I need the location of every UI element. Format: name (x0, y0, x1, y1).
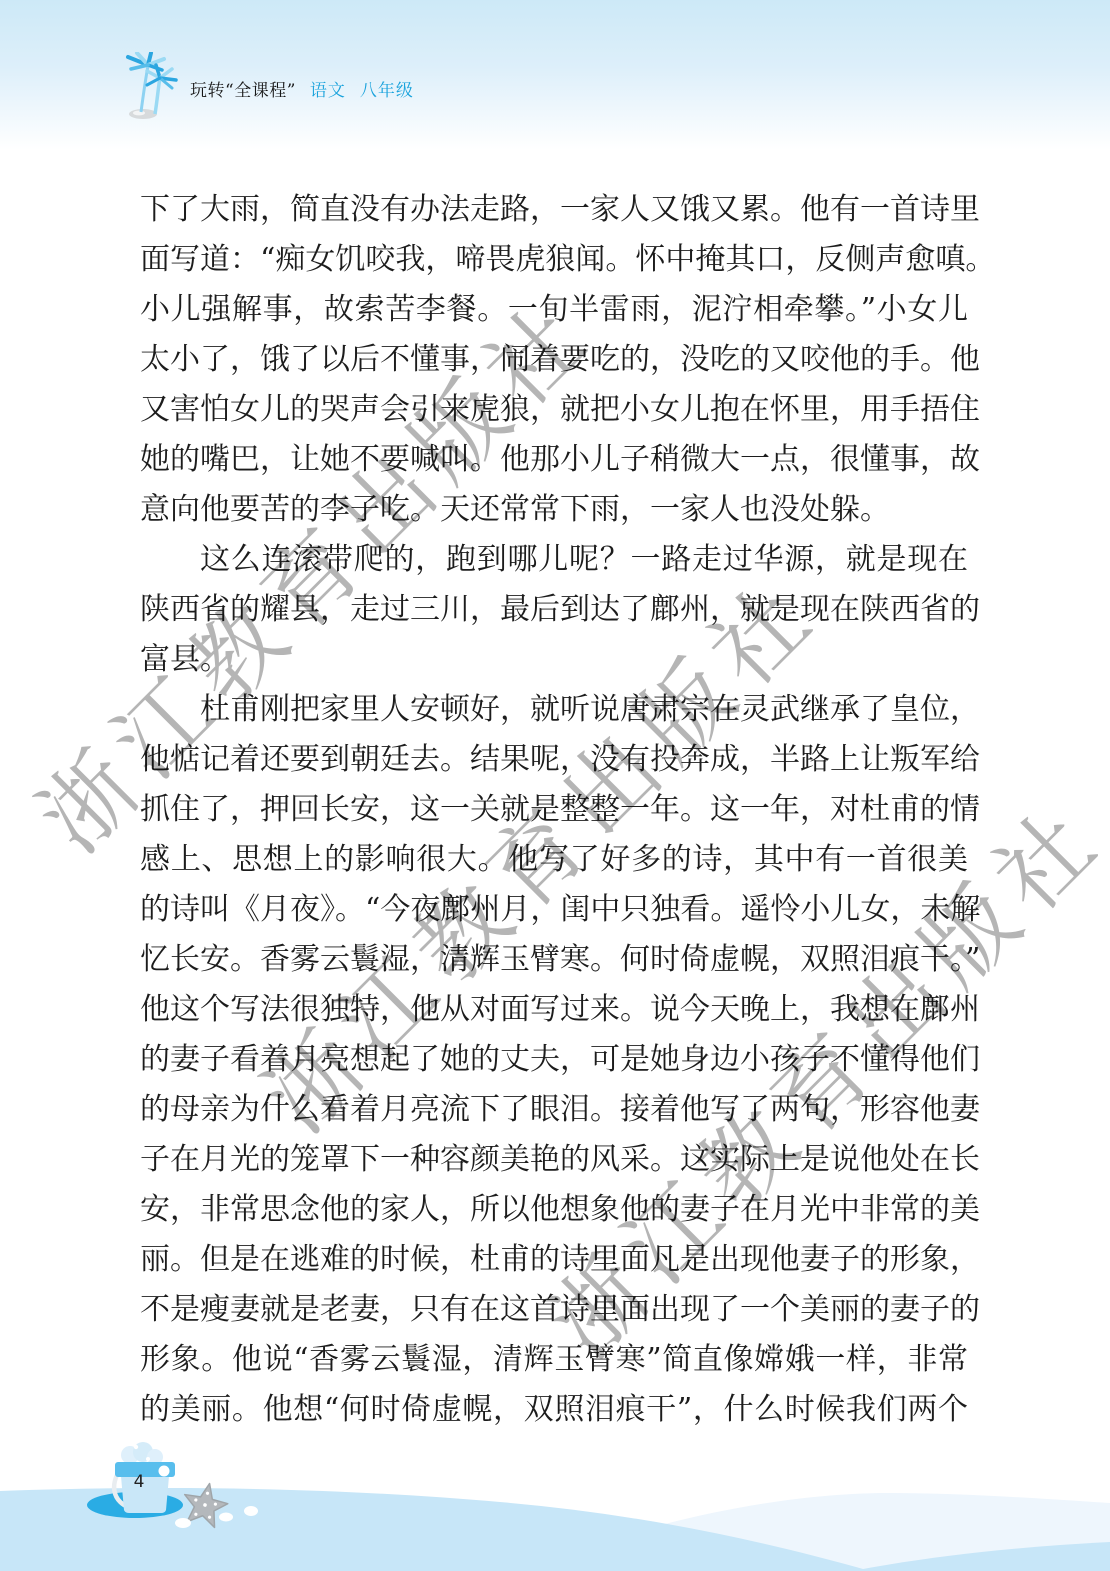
body-line: 感上、思想上的影响很大。他写了好多的诗，其中有一首很美 (140, 835, 968, 885)
body-line: 的母亲为什么看着月亮流下了眼泪。接着他写了两句，形容他妻 (140, 1085, 968, 1135)
body-line: 的诗叫《月夜》。“今夜鄜州月，闺中只独看。遥怜小儿女，未解 (140, 885, 968, 935)
body-line: 丽。但是在逃难的时候，杜甫的诗里面凡是出现他妻子的形象， (140, 1235, 968, 1285)
body-line: 又害怕女儿的哭声会引来虎狼，就把小女儿抱在怀里，用手捂住 (140, 385, 968, 435)
series-title: 玩转“全课程” (190, 76, 296, 101)
body-line: 面写道：“痴女饥咬我，啼畏虎狼闻。怀中掩其口，反侧声愈嗔。 (140, 235, 968, 285)
body-line: 子在月光的笼罩下一种容颜美艳的风采。这实际上是说他处在长 (140, 1135, 968, 1185)
grade-label: 八年级 (360, 76, 414, 101)
sand-bucket-scene (80, 1435, 280, 1545)
body-line: 下了大雨，简直没有办法走路，一家人又饿又累。他有一首诗里 (140, 185, 968, 235)
body-line: 形象。他说“香雾云鬟湿，清辉玉臂寒”简直像嫦娥一样，非常 (140, 1335, 968, 1385)
header-titles: 玩转“全课程” 语文 八年级 (190, 76, 414, 101)
subject-label: 语文 (310, 76, 346, 101)
palm-trees-logo-icon (120, 52, 182, 120)
body-line: 意向他要苦的李子吃。天还常常下雨，一家人也没处躲。 (140, 485, 968, 535)
body-line: 杜甫刚把家里人安顿好，就听说唐肃宗在灵武继承了皇位， (140, 685, 968, 735)
body-line: 忆长安。香雾云鬟湿，清辉玉臂寒。何时倚虚幌，双照泪痕干。” (140, 935, 968, 985)
body-line: 他惦记着还要到朝廷去。结果呢，没有投奔成，半路上让叛军给 (140, 735, 968, 785)
page-number: 4 (128, 1472, 150, 1492)
body-line: 小儿强解事，故索苦李餐。一旬半雷雨，泥泞相牵攀。”小女儿 (140, 285, 968, 335)
body-line: 陕西省的耀县，走过三川，最后到达了鄜州，就是现在陕西省的 (140, 585, 968, 635)
body-line: 抓住了，押回长安，这一关就是整整一年。这一年，对杜甫的情 (140, 785, 968, 835)
body-line: 的妻子看着月亮想起了她的丈夫，可是她身边小孩子不懂得他们 (140, 1035, 968, 1085)
body-line: 不是瘦妻就是老妻，只有在这首诗里面出现了一个美丽的妻子的 (140, 1285, 968, 1335)
body-line: 富县。 (140, 635, 968, 685)
body-line: 他这个写法很独特，他从对面写过来。说今天晚上，我想在鄜州 (140, 985, 968, 1035)
book-page: 玩转“全课程” 语文 八年级 下了大雨，简直没有办法走路，一家人又饿又累。他有一… (0, 0, 1110, 1571)
body-line: 她的嘴巴，让她不要喊叫。他那小儿子稍微大一点，很懂事，故 (140, 435, 968, 485)
body-line: 太小了，饿了以后不懂事，闹着要吃的，没吃的又咬他的手。他 (140, 335, 968, 385)
body-line: 这么连滚带爬的，跑到哪儿呢？一路走过华源，就是现在 (140, 535, 968, 585)
body-line: 安，非常思念他的家人，所以他想象他的妻子在月光中非常的美 (140, 1185, 968, 1235)
